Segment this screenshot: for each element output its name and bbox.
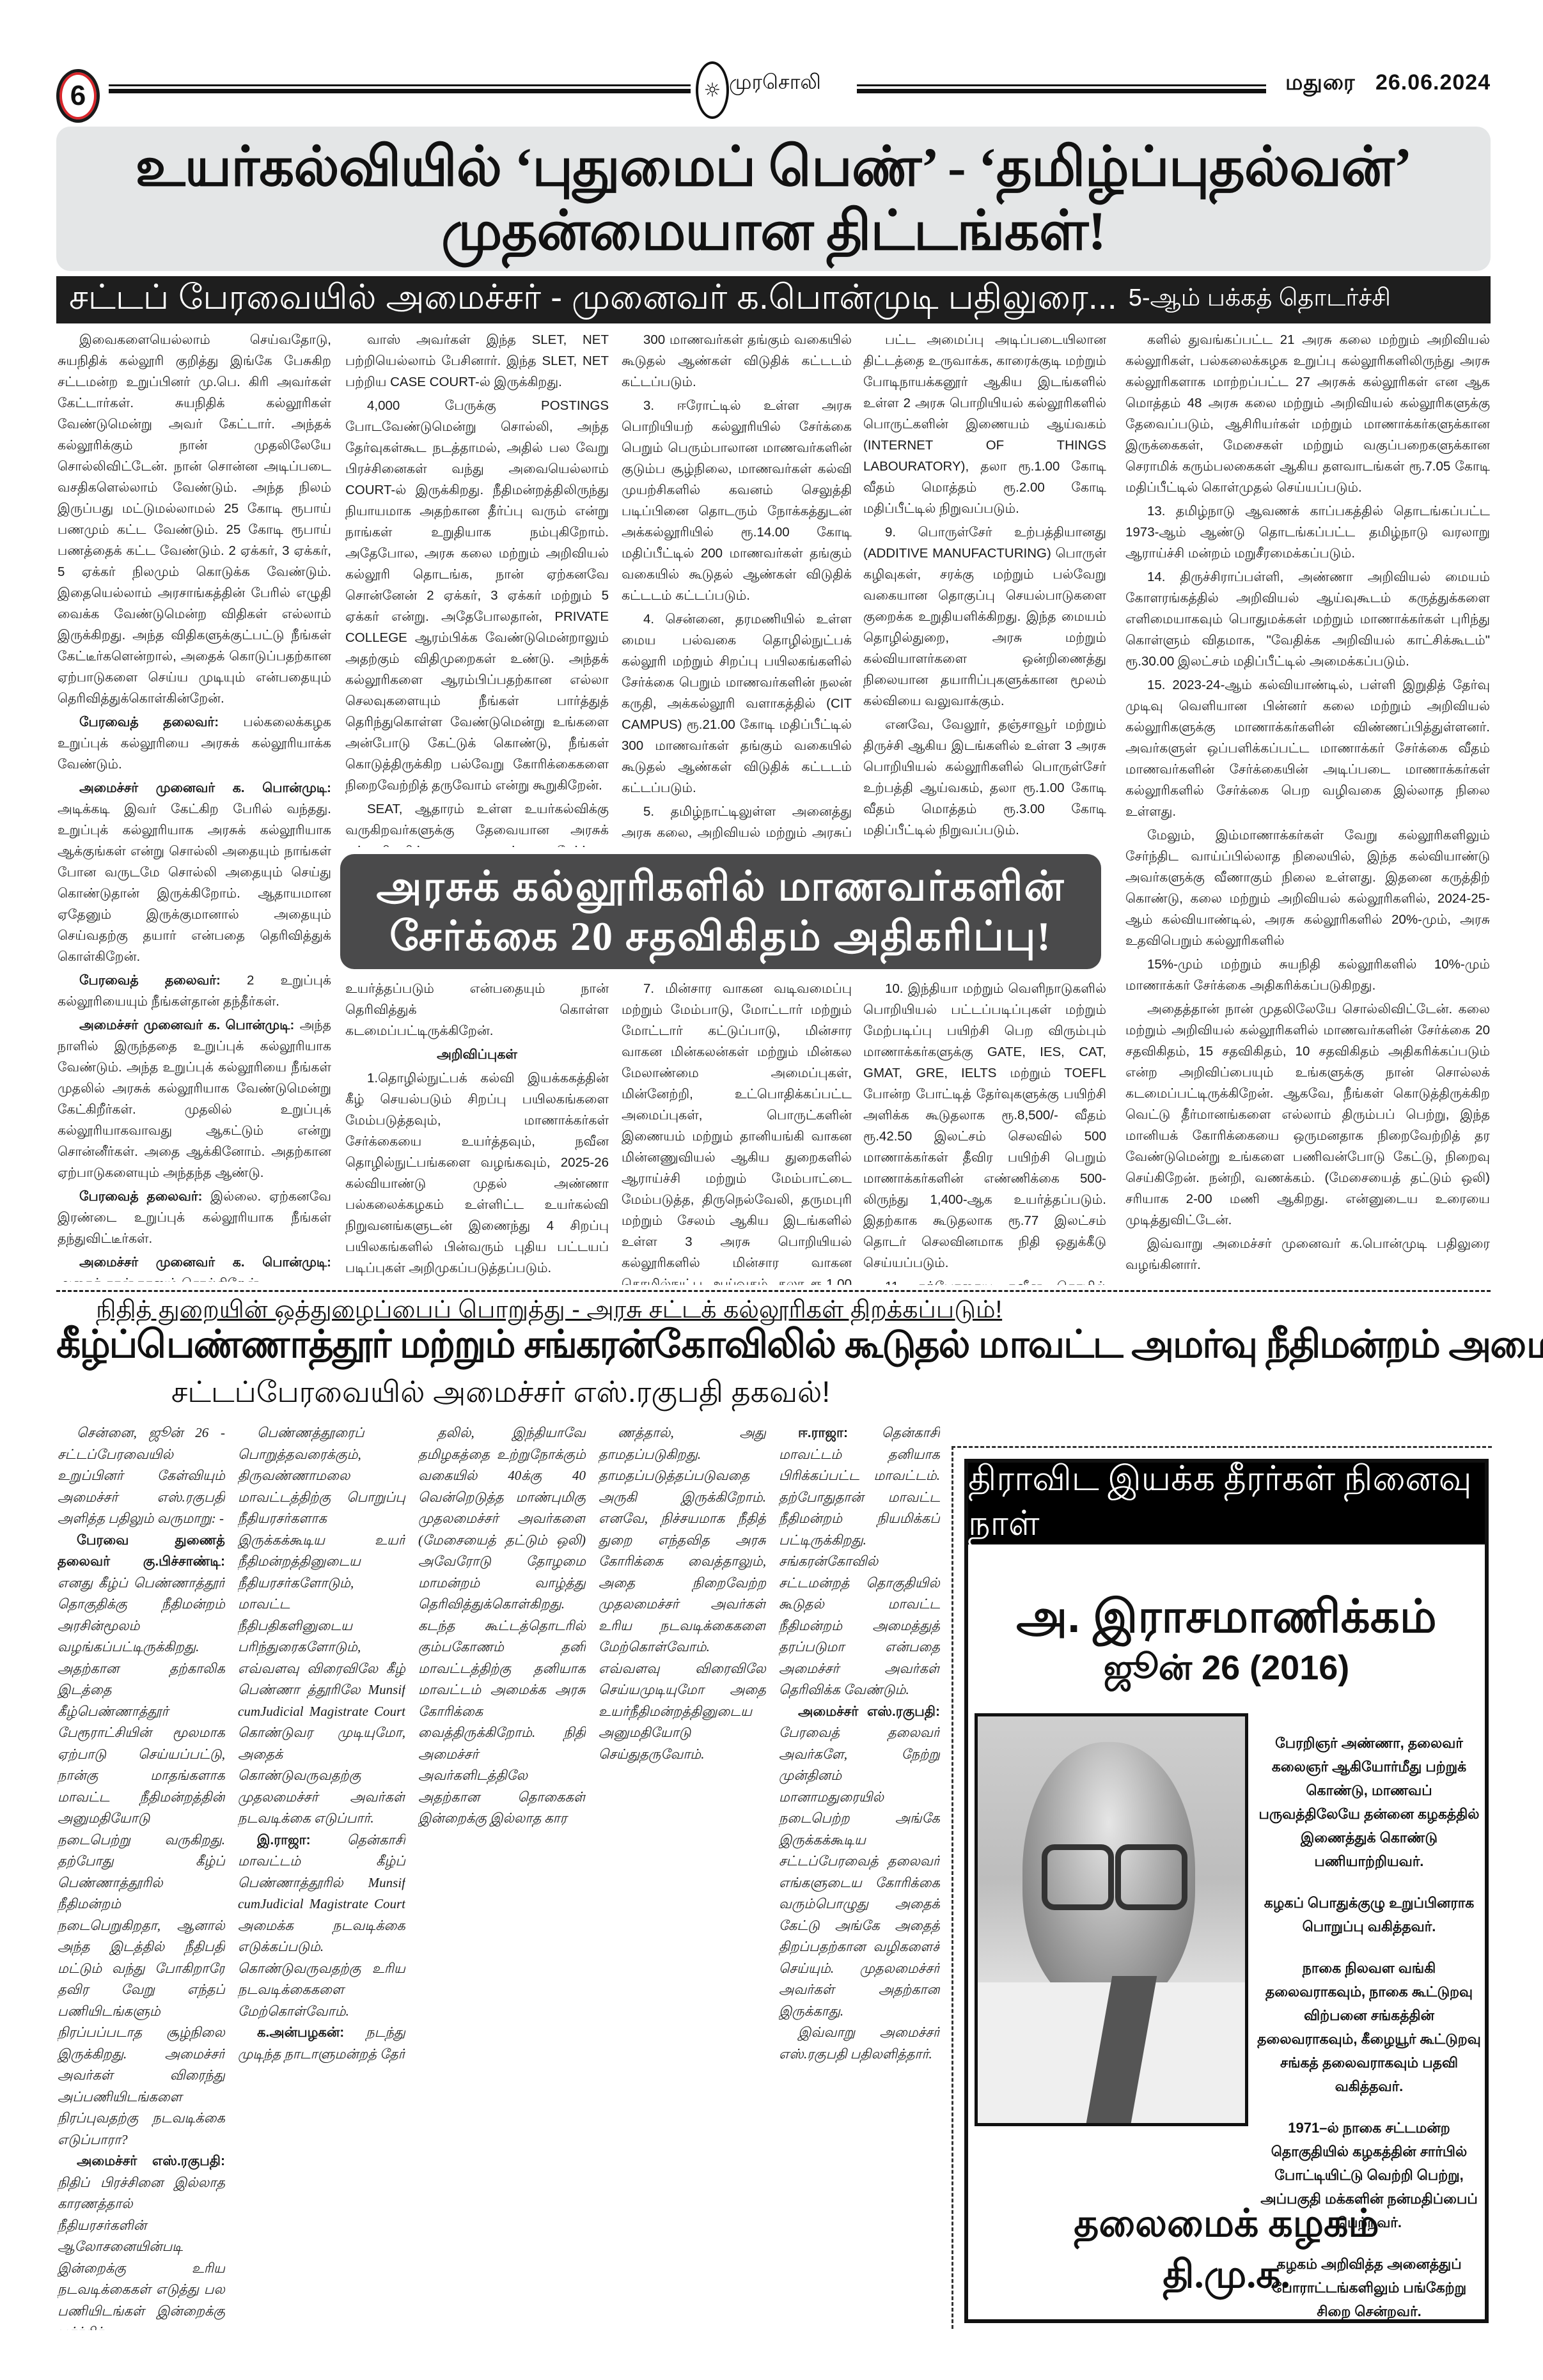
paragraph: பேரவைத் தலைவர்: 2 உறுப்புக் கல்லூரியையும… [58,970,331,1012]
notice-block: உயர்த்தப்படும் என்பதையும் நான் தெரிவித்த… [345,978,609,1285]
paragraph: அமைச்சர் முனைவர் க. பொன்முடி: அதைத் தான்… [58,1252,331,1282]
memorial-notice: திராவிட இயக்க தீரர்கள் நினைவு நாள் அ. இர… [964,1459,1489,2323]
notice-lead: உயர்த்தப்படும் என்பதையும் நான் தெரிவித்த… [345,978,609,1041]
paragraph: இவைகளையெல்லாம் செய்வதோடு, சுயநிதிக் கல்ல… [58,329,331,709]
rising-sun-emblem-icon: ☼ [696,61,729,119]
paragraph: பட்ட அமைப்பு அடிப்படையிலான திட்டத்தை உரு… [863,329,1106,519]
paragraph: ஈ.ராஜா: தென்காசி மாவட்டம் தனியாக பிரிக்க… [779,1422,940,1701]
paragraph: 300 மாணவர்கள் தங்கும் வகையில் கூடுதல் ஆண… [622,329,852,393]
paragraph: அமைச்சர் எஸ்.ரகுபதி: நிதிப் பிரச்சினை இல… [58,2151,225,2330]
paragraph: க.அன்பழகன்: நடந்து முடிந்த நாடாளுமன்றத் … [238,2022,405,2065]
paragraph: ணத்தால், அது தாமதப்படுகிறது. தாமதப்படுத்… [599,1422,766,1765]
memorial-date: ஜூன் 26 (2016) [968,1648,1485,1693]
paragraph: வாஸ் அவர்கள் இந்த SLET, NET பற்றியெல்லாம… [345,329,609,393]
paragraph: இவ்வாறு அமைச்சர் முனைவர் க.பொன்முடி பதில… [1125,1233,1490,1275]
paragraph: 14. திருச்சிராப்பள்ளி, அண்ணா அறிவியல் மை… [1125,566,1490,672]
highlight-box: அரசுக் கல்லூரிகளில் மாணவர்களின் சேர்க்கை… [340,854,1101,969]
story2-column-5: ஈ.ராஜா: தென்காசி மாவட்டம் தனியாக பிரிக்க… [779,1422,940,2330]
paragraph: பேரவைத் தலைவர்: பல்கலைக்கழக உறுப்புக் கல… [58,712,331,775]
story2-column-1: சென்னை, ஜூன் 26 - சட்டப்பேரவையில் உறுப்ப… [58,1422,225,2330]
paragraph: 10. இந்தியா மற்றும் வெளிநாடுகளில் பொறியி… [863,978,1106,1273]
highlight-line-2: சேர்க்கை 20 சதவிகிதம் அதிகரிப்பு! [389,912,1051,961]
paragraph: அமைச்சர் முனைவர் க. பொன்முடி: அந்த நாளில… [58,1015,331,1183]
paragraph: அமைச்சர் முனைவர் க. பொன்முடி: அடிக்கடி இ… [58,777,331,967]
story1-column-5: களில் துவங்கப்பட்ட 21 அரசு கலை மற்றும் அ… [1125,329,1490,1282]
paragraph: பேரவை துணைத் தலைவர் கு.பிச்சாண்டி: எனது … [58,1530,225,2151]
page-number-badge: 6 [56,69,100,123]
main-headline: உயர்கல்வியில் ‘புதுமைப் பெண்’ - ‘தமிழ்ப்… [56,127,1491,271]
paragraph: பேரவைத் தலைவர்: இல்லை. ஏற்கனவே இரண்டை உற… [58,1186,331,1249]
paragraph: 9. பொருள்சேர் உற்பத்தியானது (ADDITIVE MA… [863,522,1106,712]
paragraph: 5. தமிழ்நாட்டிலுள்ள அனைத்து அரசு கலை, அற… [622,801,852,847]
highlight-line-1: அரசுக் கல்லூரிகளில் மாணவர்களின் [377,862,1065,912]
story2-column-2: பெண்ணத்தூரைப் பொறுத்தவரைக்கும், திருவண்ண… [238,1422,405,2330]
paragraph: SEAT, ஆதாரம் உள்ள உயர்கல்விக்கு வருகிறவர… [345,798,609,847]
paragraph: அமைச்சர் எஸ்.ரகுபதி: பேரவைத் தலைவர் அவர்… [779,1701,940,2023]
story1-column-4: பட்ட அமைப்பு அடிப்படையிலான திட்டத்தை உரு… [863,329,1106,847]
paragraph: சென்னை, ஜூன் 26 - சட்டப்பேரவையில் உறுப்ப… [58,1422,225,1530]
memorial-header: திராவிட இயக்க தீரர்கள் நினைவு நாள் [968,1463,1485,1544]
paragraph: 13. தமிழ்நாடு ஆவணக் காப்பகத்தில் தொடங்கப… [1125,501,1490,564]
headline-line-1: உயர்கல்வியில் ‘புதுமைப் பெண்’ - ‘தமிழ்ப்… [136,135,1412,199]
paragraph: தலில், இந்தியாவே தமிழகத்தை உற்றுநோக்கும்… [418,1422,586,1830]
story1-column-4-continued: 10. இந்தியா மற்றும் வெளிநாடுகளில் பொறியி… [863,978,1106,1285]
headline-line-2: முதன்மையான திட்டங்கள்! [441,199,1106,263]
story1-column-2: வாஸ் அவர்கள் இந்த SLET, NET பற்றியெல்லாம… [345,329,609,847]
edition-date: மதுரை 26.06.2024 [1285,70,1491,98]
paragraph: 11. தற்போதைய நவீன தொழில் நுட்பத்திற்கேற்… [863,1276,1106,1285]
notice-item: 1.தொழில்நுட்பக் கல்வி இயக்ககத்தின் கீழ் … [345,1068,609,1279]
paragraph: 3. ஈரோட்டில் உள்ள அரசு பொறியியற் கல்லூரி… [622,395,852,606]
story1-column-3: 300 மாணவர்கள் தங்கும் வகையில் கூடுதல் ஆண… [622,329,852,847]
paragraph: 4. சென்னை, தரமணியில் உள்ள மைய பல்வகை தொழ… [622,609,852,798]
story2-headline: கீழ்ப்பெண்ணாத்தூர் மற்றும் சங்கரன்கோவிலி… [56,1322,1491,1372]
story2-column-3: தலில், இந்தியாவே தமிழகத்தை உற்றுநோக்கும்… [418,1422,586,2330]
page-continuation-label: 5-ஆம் பக்கத் தொடர்ச்சி [1129,284,1391,315]
paragraph: களில் துவங்கப்பட்ட 21 அரசு கலை மற்றும் அ… [1125,329,1490,498]
notice-item: 2.கோயம்புத்தூரில் உள்ள அரசு தொழில்நுட்பக… [345,1281,609,1285]
story1-column-3-continued: 7. மின்சார வாகன வடிவமைப்பு மற்றும் மேம்ப… [622,978,852,1285]
portrait-photo [975,1713,1248,2126]
page-number: 6 [70,80,86,112]
memorial-name: அ. இராசமாணிக்கம் [968,1591,1485,1649]
paragraph: அதைத்தான் நான் முதலிலேயே சொல்லிவிட்டேன்.… [1125,999,1490,1231]
paragraph: 15%-மும் மற்றும் சுயநிதி கல்லூரிகளில் 10… [1125,954,1490,996]
paragraph: பெண்ணத்தூரைப் பொறுத்தவரைக்கும், திருவண்ண… [238,1422,405,1830]
paragraph: மேலும், இம்மாணாக்கர்கள் வேறு கல்லூரிகளில… [1125,825,1490,951]
paragraph: இ.ராஜா: தென்காசி மாவட்டம் கீழ்ப் பெண்ணாத… [238,1830,405,2023]
section-divider [56,1290,1491,1292]
masthead-rule-left [109,84,691,93]
story2-column-4: ணத்தால், அது தாமதப்படுகிறது. தாமதப்படுத்… [599,1422,766,2330]
paragraph: எனவே, வேலூர், தஞ்சாவூர் மற்றும் திருச்சி… [863,714,1106,841]
paragraph: 15. 2023-24-ஆம் கல்வியாண்டில், பள்ளி இறு… [1125,674,1490,822]
masthead-rule-right [857,84,1266,93]
paragraph: இவ்வாறு அமைச்சர் எஸ்.ரகுபதி பதிலளித்தார்… [779,2022,940,2065]
story1-column-1: இவைகளையெல்லாம் செய்வதோடு, சுயநிதிக் கல்ல… [58,329,331,1282]
story2-subhead: சட்டப்பேரவையில் அமைச்சர் எஸ்.ரகுபதி தகவல… [56,1374,945,1413]
newspaper-brand: முரசொலி [729,70,821,97]
memorial-signature: தலைமைக் கழகம் தி.மு.க. [968,2198,1485,2300]
notice-heading: அறிவிப்புகள் [345,1044,609,1065]
paragraph: 4,000 பேருக்கு POSTINGS போடவேண்டுமென்று … [345,395,609,796]
paragraph: 7. மின்சார வாகன வடிவமைப்பு மற்றும் மேம்ப… [622,978,852,1285]
continuation-banner: சட்டப் பேரவையில் அமைச்சர் - முனைவர் க.பொ… [56,276,1491,323]
banner-text: சட்டப் பேரவையில் அமைச்சர் - முனைவர் க.பொ… [69,277,1117,322]
